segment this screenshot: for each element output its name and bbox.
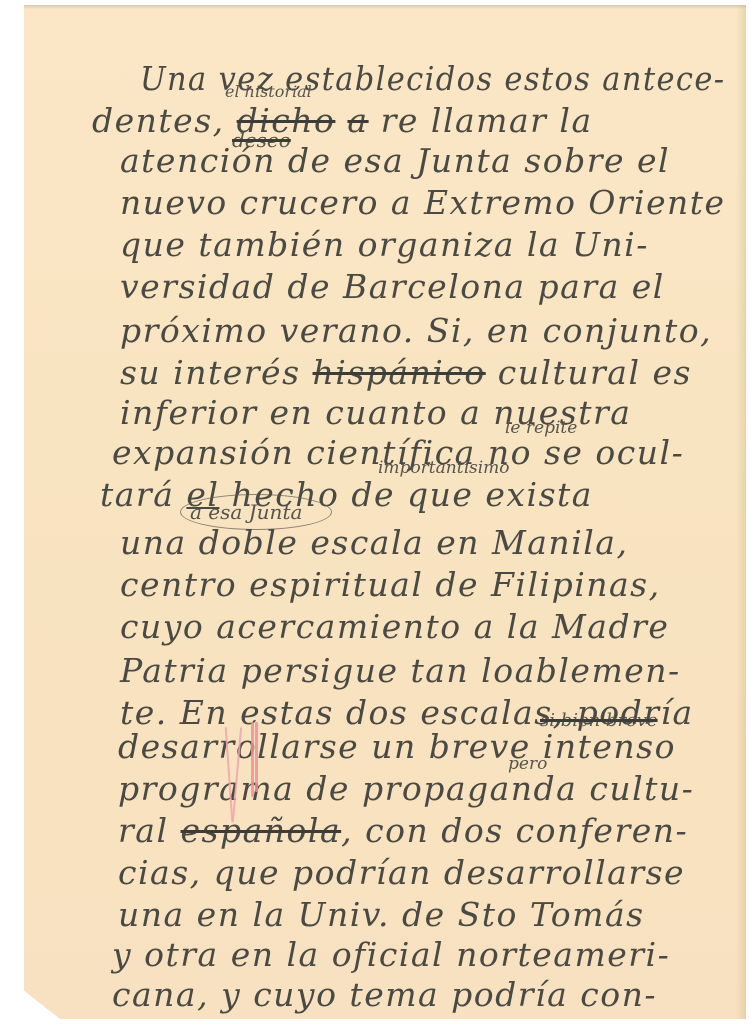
line-text: ral (118, 811, 181, 850)
line-text: centro espiritual de Filipinas, (120, 565, 661, 604)
struck-word: española (181, 811, 342, 850)
line-text: atención de esa Junta sobre el (120, 141, 670, 180)
struck-word: a (347, 101, 368, 140)
line-text: que también organiza la Uni- (120, 225, 649, 264)
manuscript-line-6: versidad de Barcelona para el (120, 270, 665, 303)
red-pencil-mark-3 (251, 722, 254, 797)
manuscript-line-23: cana, y cuyo tema podría con- (112, 978, 657, 1011)
line-text: tará (100, 475, 186, 514)
line-text: Patria persigue tan loablemen- (120, 651, 681, 690)
manuscript-line-15: Patria persigue tan loablemen- (120, 654, 681, 687)
line-text: próximo verano. Si, en conjunto, (120, 311, 712, 350)
manuscript-text: Una vez establecidos estos antece- el hi… (0, 0, 751, 1024)
scanned-page: Una vez establecidos estos antece- el hi… (0, 0, 751, 1024)
line-text: y otra en la oficial norteameri- (112, 935, 670, 974)
manuscript-line-14: cuyo acercamiento a la Madre (120, 610, 669, 643)
line-text: cultural es (486, 353, 692, 392)
manuscript-line-13: centro espiritual de Filipinas, (120, 568, 661, 601)
manuscript-line-21: una en la Univ. de Sto Tomás (118, 898, 645, 931)
line-text: versidad de Barcelona para el (120, 267, 665, 306)
line-text: cana, y cuyo tema podría con- (112, 975, 657, 1014)
manuscript-line-17: desarrollarse un breve intenso (118, 730, 676, 763)
line-text: dentes, (92, 101, 237, 140)
line-text: , con dos conferen- (341, 811, 688, 850)
line-text: re llamar la (369, 101, 593, 140)
line-text: cias, que podrían desarrollarse (118, 853, 685, 892)
manuscript-line-19: ral española, con dos conferen- (118, 814, 688, 847)
line-text: cuyo acercamiento a la Madre (120, 607, 669, 646)
manuscript-line-20: cias, que podrían desarrollarse (118, 856, 685, 889)
manuscript-line-22: y otra en la oficial norteameri- (112, 938, 670, 971)
line-text: programa de propaganda cultu- (118, 769, 694, 808)
manuscript-line-8: su interés hispánico cultural es (120, 356, 692, 389)
manuscript-line-4: nuevo crucero a Extremo Oriente (120, 186, 725, 219)
manuscript-line-5: que también organiza la Uni- (120, 228, 649, 261)
red-pencil-mark-4 (255, 722, 258, 792)
manuscript-line-18: programa de propaganda cultu- (118, 772, 694, 805)
line-text (335, 101, 347, 140)
manuscript-line-3: atención de esa Junta sobre el (120, 144, 670, 177)
line-text: desarrollarse un breve intenso (118, 727, 676, 766)
manuscript-line-7: próximo verano. Si, en conjunto, (120, 314, 712, 347)
line-text: una en la Univ. de Sto Tomás (118, 895, 645, 934)
manuscript-line-2: dentes, dicho a re llamar la (92, 104, 593, 137)
insertion-el-historial: el historial (225, 84, 312, 100)
manuscript-line-11: tará el hecho de que exista (100, 478, 593, 511)
line-text: su interés (120, 353, 313, 392)
line-text: una doble escala en Manila, (120, 523, 628, 562)
manuscript-line-12: una doble escala en Manila, (120, 526, 628, 559)
struck-word: hispánico (313, 353, 486, 392)
line-text: nuevo crucero a Extremo Oriente (120, 183, 725, 222)
